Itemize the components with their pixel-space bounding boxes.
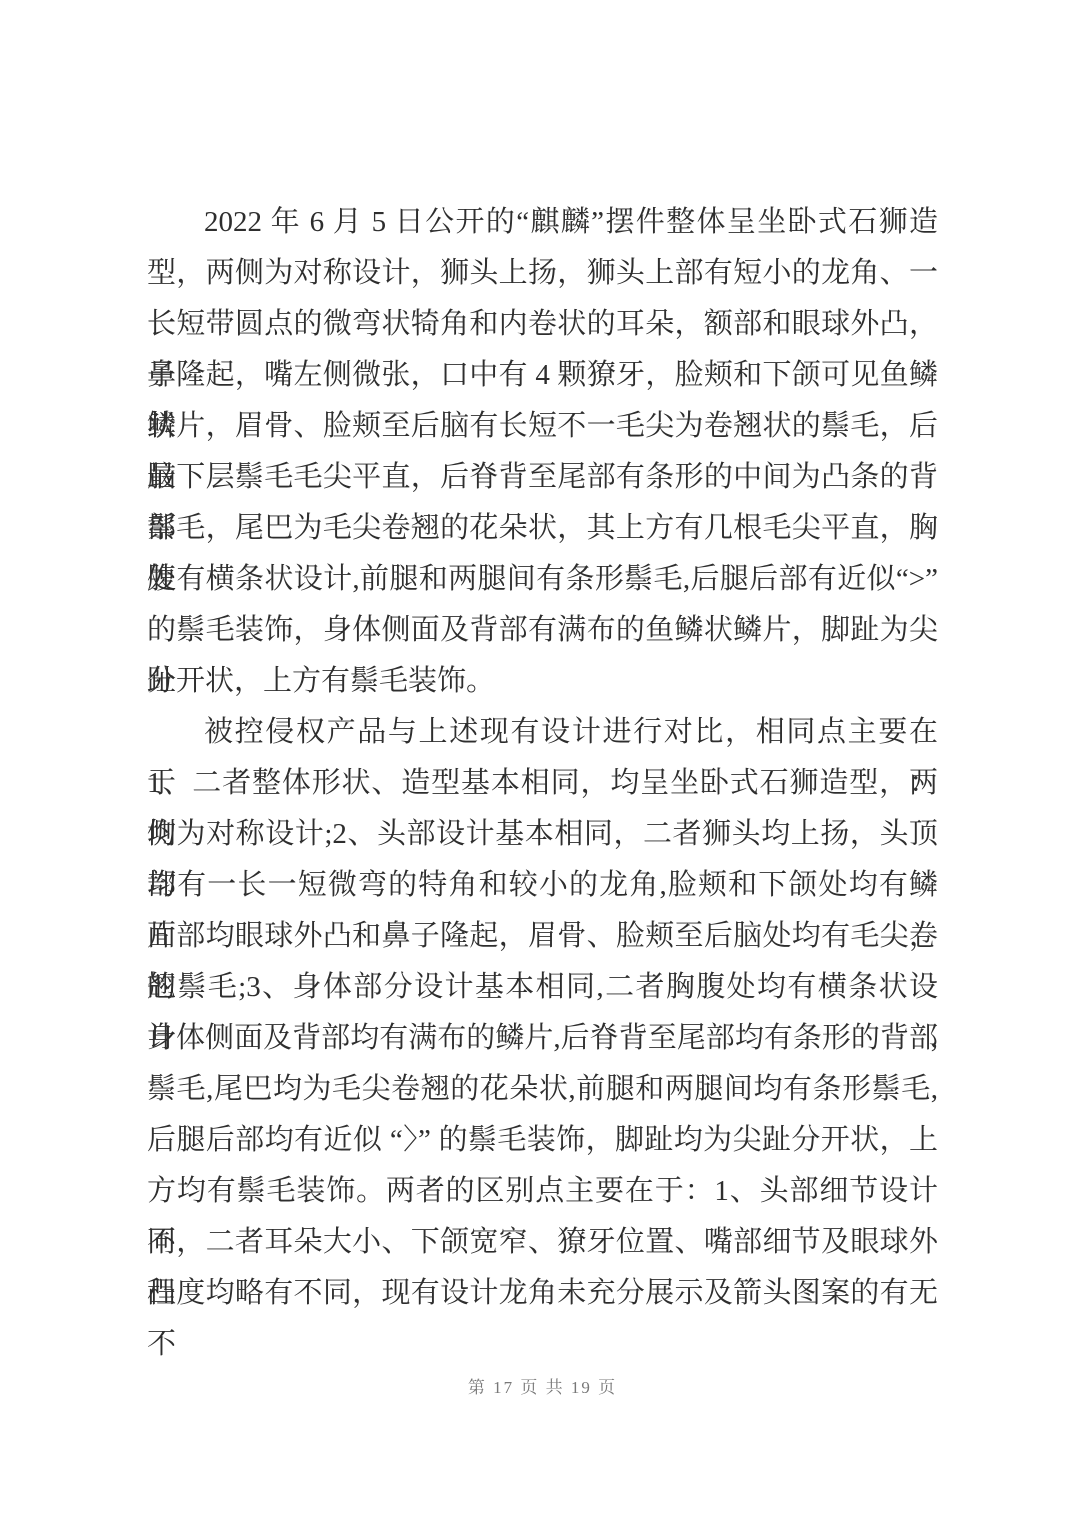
page-number-label: 第 17 页 共 19 页 (468, 1378, 617, 1397)
text-line: 1、二者整体形状、造型基本相同，均呈坐卧式石狮造型，两侧 (147, 758, 938, 809)
document-body: 2022 年 6 月 5 日公开的“麒麟”摆件整体呈坐卧式石狮造型，两侧为对称设… (147, 197, 938, 1319)
text-line: 分开状，上方有鬃毛装饰。 (147, 656, 938, 707)
text-line: 面部均眼球外凸和鼻子隆起，眉骨、脸颊至后脑处均有毛尖卷翘 (147, 911, 938, 962)
text-line: 均有一长一短微弯的特角和较小的龙角,脸颊和下颌处均有鳞片， (147, 860, 938, 911)
text-line: 后腿后部均有近似 “〉” 的鬃毛装饰，脚趾均为尖趾分开状，上 (147, 1115, 938, 1166)
text-line: 鬃毛，尾巴为毛尖卷翘的花朵状，其上方有几根毛尖平直，胸腹 (147, 503, 938, 554)
text-line: 子隆起，嘴左侧微张，口中有 4 颗獠牙，脸颊和下颌可见鱼鳞状 (147, 350, 938, 401)
text-line: 一短带圆点的微弯状犄角和内卷状的耳朵，额部和眼球外凸，鼻 (147, 299, 938, 350)
text-line: 方均有鬃毛装饰。两者的区别点主要在于：1、头部细节设计不 (147, 1166, 938, 1217)
document-page: 2022 年 6 月 5 日公开的“麒麟”摆件整体呈坐卧式石狮造型，两侧为对称设… (0, 0, 1074, 1520)
page-footer: 第 17 页 共 19 页 (147, 1375, 938, 1401)
text-line: 被控侵权产品与上述现有设计进行对比，相同点主要在于： (147, 707, 938, 758)
text-line: 程度均略有不同，现有设计龙角未充分展示及箭头图案的有无不 (147, 1268, 938, 1319)
text-line: 最下层鬃毛毛尖平直，后脊背至尾部有条形的中间为凸条的背部 (147, 452, 938, 503)
text-line: 鬃毛,尾巴均为毛尖卷翘的花朵状,前腿和两腿间均有条形鬃毛, (147, 1064, 938, 1115)
text-line: 鳞片，眉骨、脸颊至后脑有长短不一毛尖为卷翘状的鬃毛，后脑 (147, 401, 938, 452)
text-line: 型，两侧为对称设计，狮头上扬，狮头上部有短小的龙角、一长 (147, 248, 938, 299)
text-line: 的鬃毛;3、身体部分设计基本相同,二者胸腹处均有横条状设计, (147, 962, 938, 1013)
text-line: 处有横条状设计,前腿和两腿间有条形鬃毛,后腿后部有近似“>” (147, 554, 938, 605)
text-line: 的鬃毛装饰，身体侧面及背部有满布的鱼鳞状鳞片，脚趾为尖趾 (147, 605, 938, 656)
text-line: 同，二者耳朵大小、下颌宽窄、獠牙位置、嘴部细节及眼球外凸 (147, 1217, 938, 1268)
text-line: 均为对称设计;2、头部设计基本相同，二者狮头均上扬，头顶部 (147, 809, 938, 860)
text-line: 身体侧面及背部均有满布的鳞片,后脊背至尾部均有条形的背部 (147, 1013, 938, 1064)
text-line: 2022 年 6 月 5 日公开的“麒麟”摆件整体呈坐卧式石狮造 (147, 197, 938, 248)
